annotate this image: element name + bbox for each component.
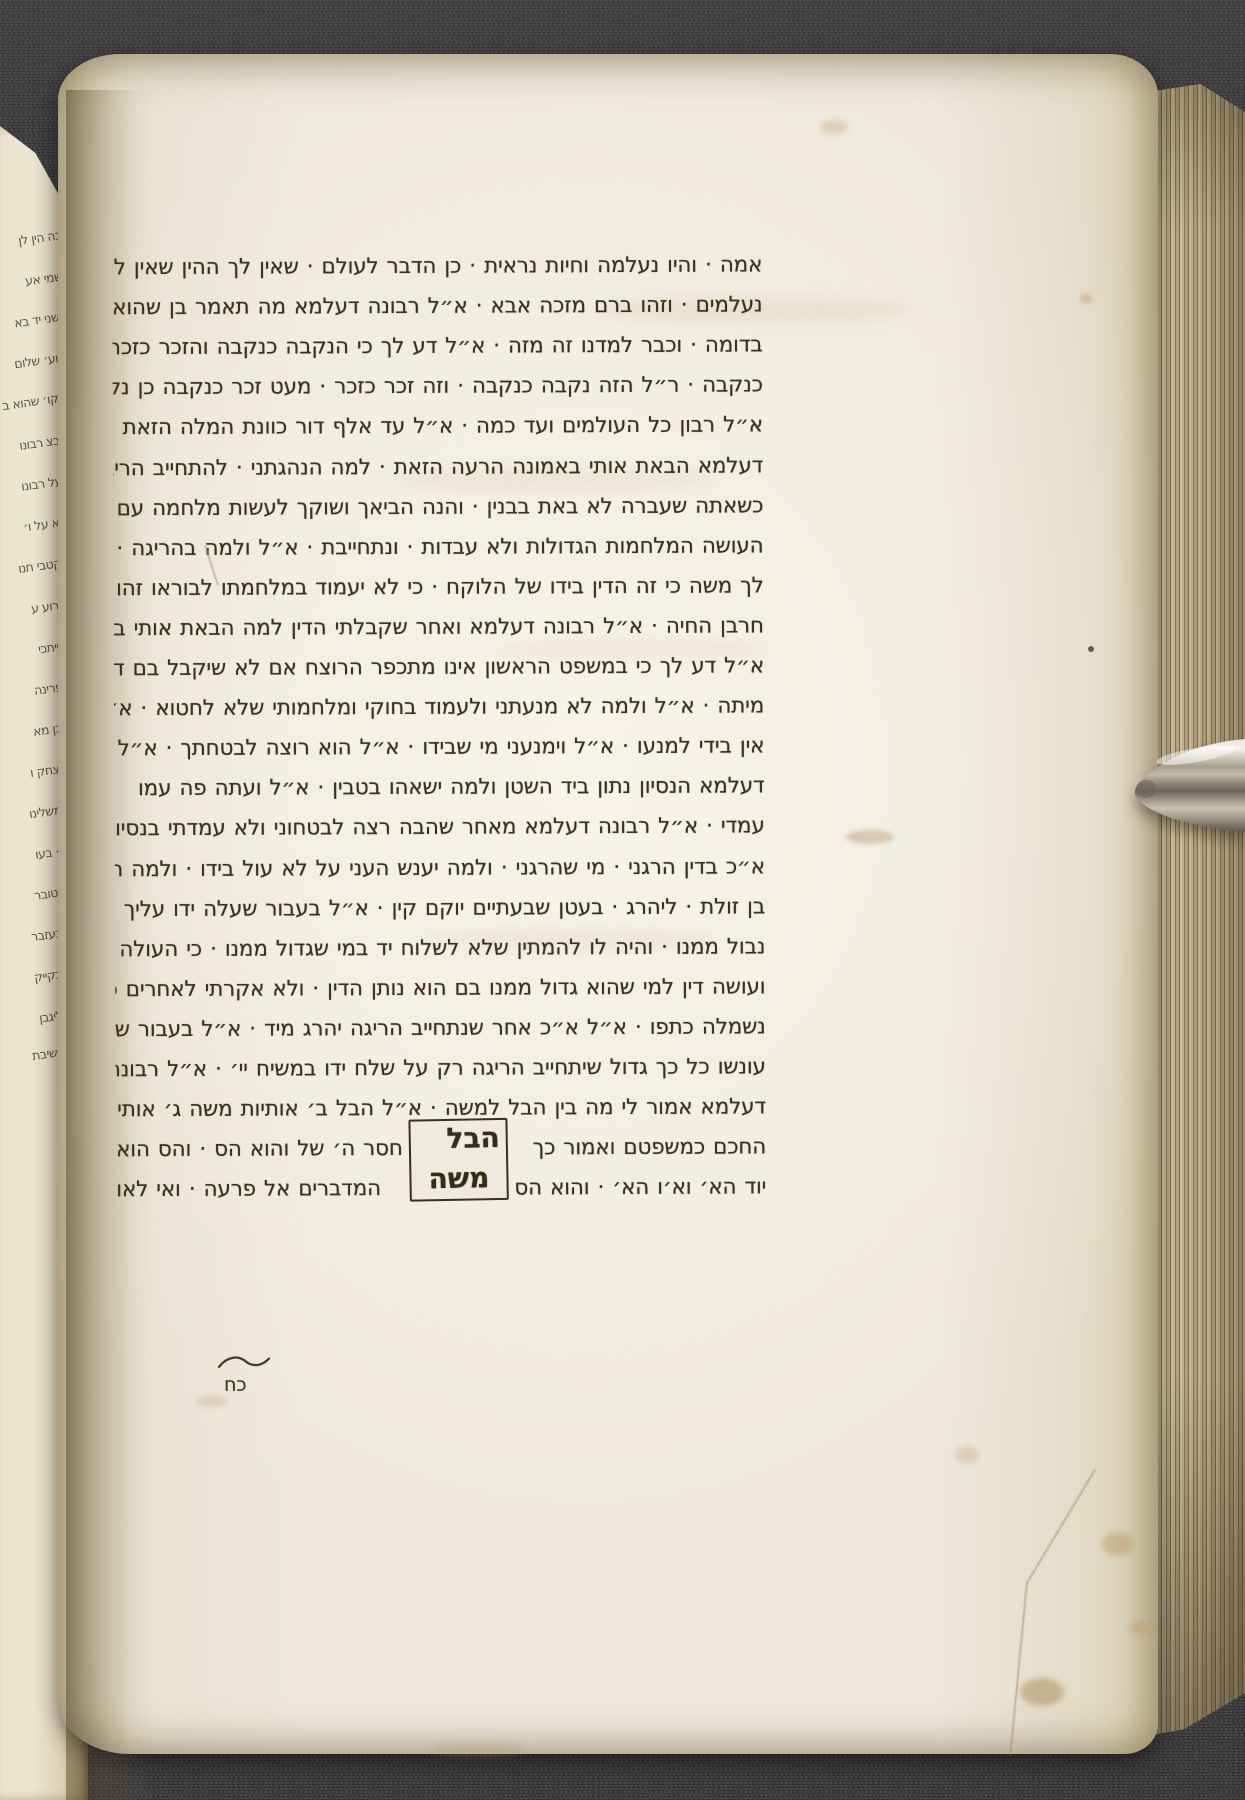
quire-signature-text: כח (224, 1374, 247, 1396)
boxed-catchwords: הבל משה (408, 1118, 508, 1202)
wrap-line-right-segment: יוד הא׳ וא׳ו הא׳ · והוא הס — (513, 1170, 766, 1211)
body-line: נבול ממנו · והיה לו להמתין שלא לשלוח יד … (115, 929, 765, 972)
body-line: בדומה · וכבר למדנו זה מזה · א״ל דע לך כי… (113, 328, 763, 371)
body-line: א״ל דע לך כי במשפט הראשון אינו מתכפר הרו… (114, 648, 764, 691)
body-line: לך משה כי זה הדין בידו של הלוקח · כי לא … (114, 568, 764, 611)
body-line: כשאתה שעברה לא באת בבנין · והנה הביאך וש… (113, 488, 763, 531)
manuscript-photograph: בה הין לןשמי אעושני יד באוע׳ שלום·זקו׳ ש… (0, 0, 1245, 1800)
boxed-word-hevel: הבל (416, 1123, 500, 1155)
squiggle-mark (216, 1354, 272, 1374)
page-holder-cone-graphic (1126, 733, 1245, 837)
body-line: כנקבה · ר״ל הזה נקבה כנקבה · וזה זכר כזכ… (113, 368, 763, 411)
body-line: בן זולת · ליהרג · בעטן שבעתיים יוקם קין … (115, 889, 765, 932)
body-line: חרבן החיה · א״ל רבונה דעלמא ואחר שקבלתי … (114, 608, 764, 651)
body-line: אין בידי למנעו · א״ל וימנעני מי שבידו · … (114, 729, 764, 772)
page-holder-cone (1126, 733, 1245, 837)
body-line: עונשו כל כך גדול שיתחייב הריגה רק על שלח… (116, 1049, 766, 1092)
wrap-line-left-segment: חסר ה׳ של והוא הס · והס הוא (116, 1131, 404, 1172)
body-line: נשמלה כתפו · א״ל א״כ אחר שנתחייב הריגה י… (115, 1009, 765, 1052)
wrap-line-right-segment: החכם כמשפטם ואמור כך (513, 1130, 766, 1171)
body-line: א״ל רבון כל העולמים ועד כמה · א״ל עד אלף… (113, 408, 763, 451)
body-line: ועושה דין למי שהוא גדול ממנו בם הוא נותן… (115, 969, 765, 1012)
body-line: דעלמא הנסיון נתון ביד השטן ולמה ישאהו בט… (114, 769, 764, 812)
body-line: נעלמים · וזהו ברם מזכה אבא · א״ל רבונה ד… (112, 287, 762, 330)
boxed-word-moshe: משה (417, 1163, 501, 1195)
body-line: עמדי · א״ל רבונה דעלמא מאחר שהבה רצה לבט… (115, 809, 765, 852)
body-line: אמה · והיו נעלמה וחיות נראית · כן הדבר ל… (112, 247, 762, 290)
body-line: א״כ בדין הרגני · מי שהרגני · ולמה יענש ה… (115, 849, 765, 892)
body-line: מיתה · א״ל ולמה לא מנעתני ולעמוד בחוקי ו… (114, 688, 764, 731)
quire-signature: כח (216, 1354, 276, 1404)
body-line: דעלמא הבאת אותי באמונה הרעה הזאת · למה ה… (113, 448, 763, 491)
wrap-line-left-segment: המדברים אל פרעה · ואי לאו (116, 1171, 404, 1212)
